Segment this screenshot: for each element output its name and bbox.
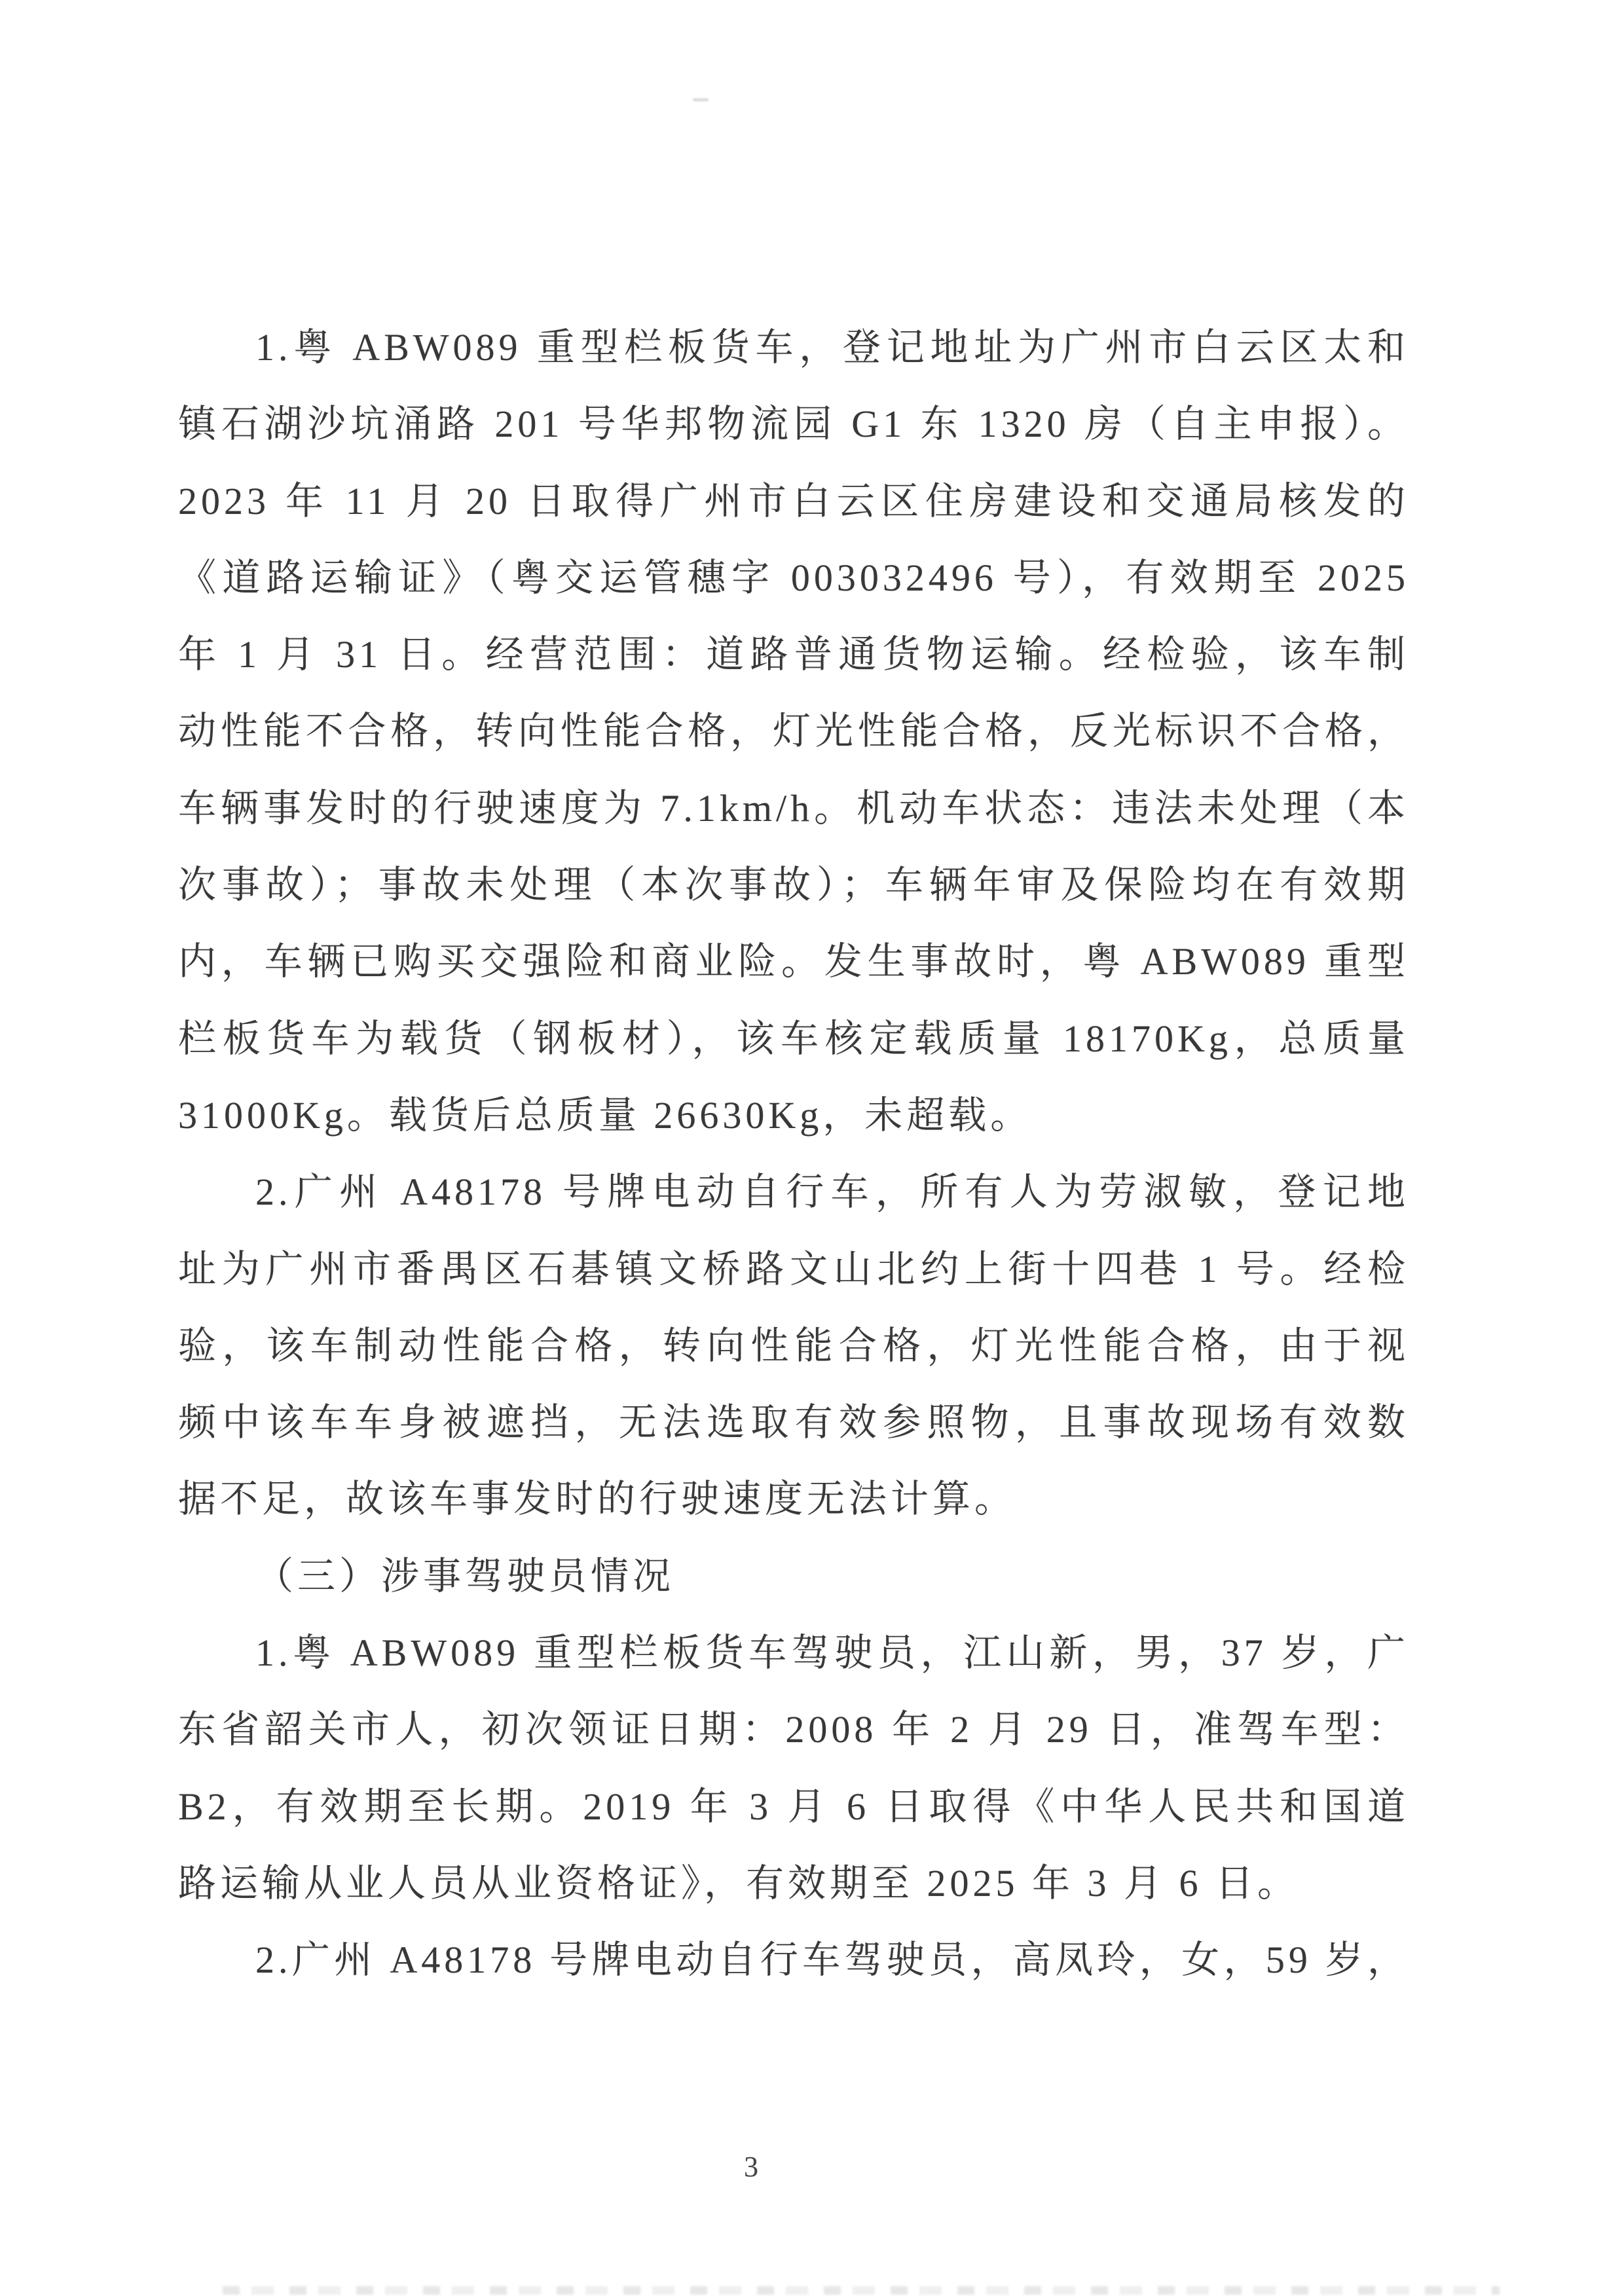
text-line: 车辆事发时的行驶速度为 7.1km/h。机动车状态：违法未处理（本 bbox=[178, 770, 1409, 847]
text-line: 2.广州 A48178 号牌电动自行车驾驶员，高凤玲，女，59 岁， bbox=[178, 1922, 1409, 1998]
text-line: 1.粤 ABW089 重型栏板货车，登记地址为广州市白云区太和 bbox=[178, 309, 1409, 386]
document-body: 1.粤 ABW089 重型栏板货车，登记地址为广州市白云区太和镇石湖沙坑涌路 2… bbox=[178, 309, 1409, 1999]
text-line: （三）涉事驾驶员情况 bbox=[178, 1538, 1409, 1614]
text-line: 东省韶关市人，初次领证日期：2008 年 2 月 29 日，准驾车型： bbox=[178, 1691, 1409, 1768]
text-line: 栏板货车为载货（钢板材），该车核定载质量 18170Kg，总质量 bbox=[178, 1000, 1409, 1077]
text-line: 频中该车车身被遮挡，无法选取有效参照物，且事故现场有效数 bbox=[178, 1384, 1409, 1461]
text-line: 验，该车制动性能合格，转向性能合格，灯光性能合格，由于视 bbox=[178, 1307, 1409, 1384]
page-number: 3 bbox=[0, 2150, 1502, 2183]
document-page: 1.粤 ABW089 重型栏板货车，登记地址为广州市白云区太和镇石湖沙坑涌路 2… bbox=[0, 0, 1624, 2296]
text-line: 2.广州 A48178 号牌电动自行车，所有人为劳淑敏，登记地 bbox=[178, 1154, 1409, 1230]
text-line: 年 1 月 31 日。经营范围：道路普通货物运输。经检验，该车制 bbox=[178, 616, 1409, 693]
text-line: 路运输从业人员从业资格证》，有效期至 2025 年 3 月 6 日。 bbox=[178, 1845, 1409, 1922]
text-line: 内，车辆已购买交强险和商业险。发生事故时，粤 ABW089 重型 bbox=[178, 923, 1409, 1000]
text-line: 1.粤 ABW089 重型栏板货车驾驶员，江山新，男，37 岁，广 bbox=[178, 1614, 1409, 1691]
text-line: 镇石湖沙坑涌路 201 号华邦物流园 G1 东 1320 房（自主申报）。 bbox=[178, 386, 1409, 462]
text-line: 动性能不合格，转向性能合格，灯光性能合格，反光标识不合格， bbox=[178, 693, 1409, 769]
text-line: B2，有效期至长期。2019 年 3 月 6 日取得《中华人民共和国道 bbox=[178, 1768, 1409, 1845]
scan-bleedthrough-strip bbox=[223, 2286, 1500, 2295]
text-line: 2023 年 11 月 20 日取得广州市白云区住房建设和交通局核发的 bbox=[178, 463, 1409, 539]
text-line: 址为广州市番禺区石碁镇文桥路文山北约上街十四巷 1 号。经检 bbox=[178, 1231, 1409, 1307]
text-line: 31000Kg。载货后总质量 26630Kg，未超载。 bbox=[178, 1077, 1409, 1154]
text-line: 《道路运输证》（粤交运管穗字 003032496 号），有效期至 2025 bbox=[178, 539, 1409, 616]
scan-artifact-dash bbox=[693, 98, 709, 101]
text-line: 据不足，故该车事发时的行驶速度无法计算。 bbox=[178, 1461, 1409, 1537]
text-line: 次事故）；事故未处理（本次事故）；车辆年审及保险均在有效期 bbox=[178, 847, 1409, 923]
